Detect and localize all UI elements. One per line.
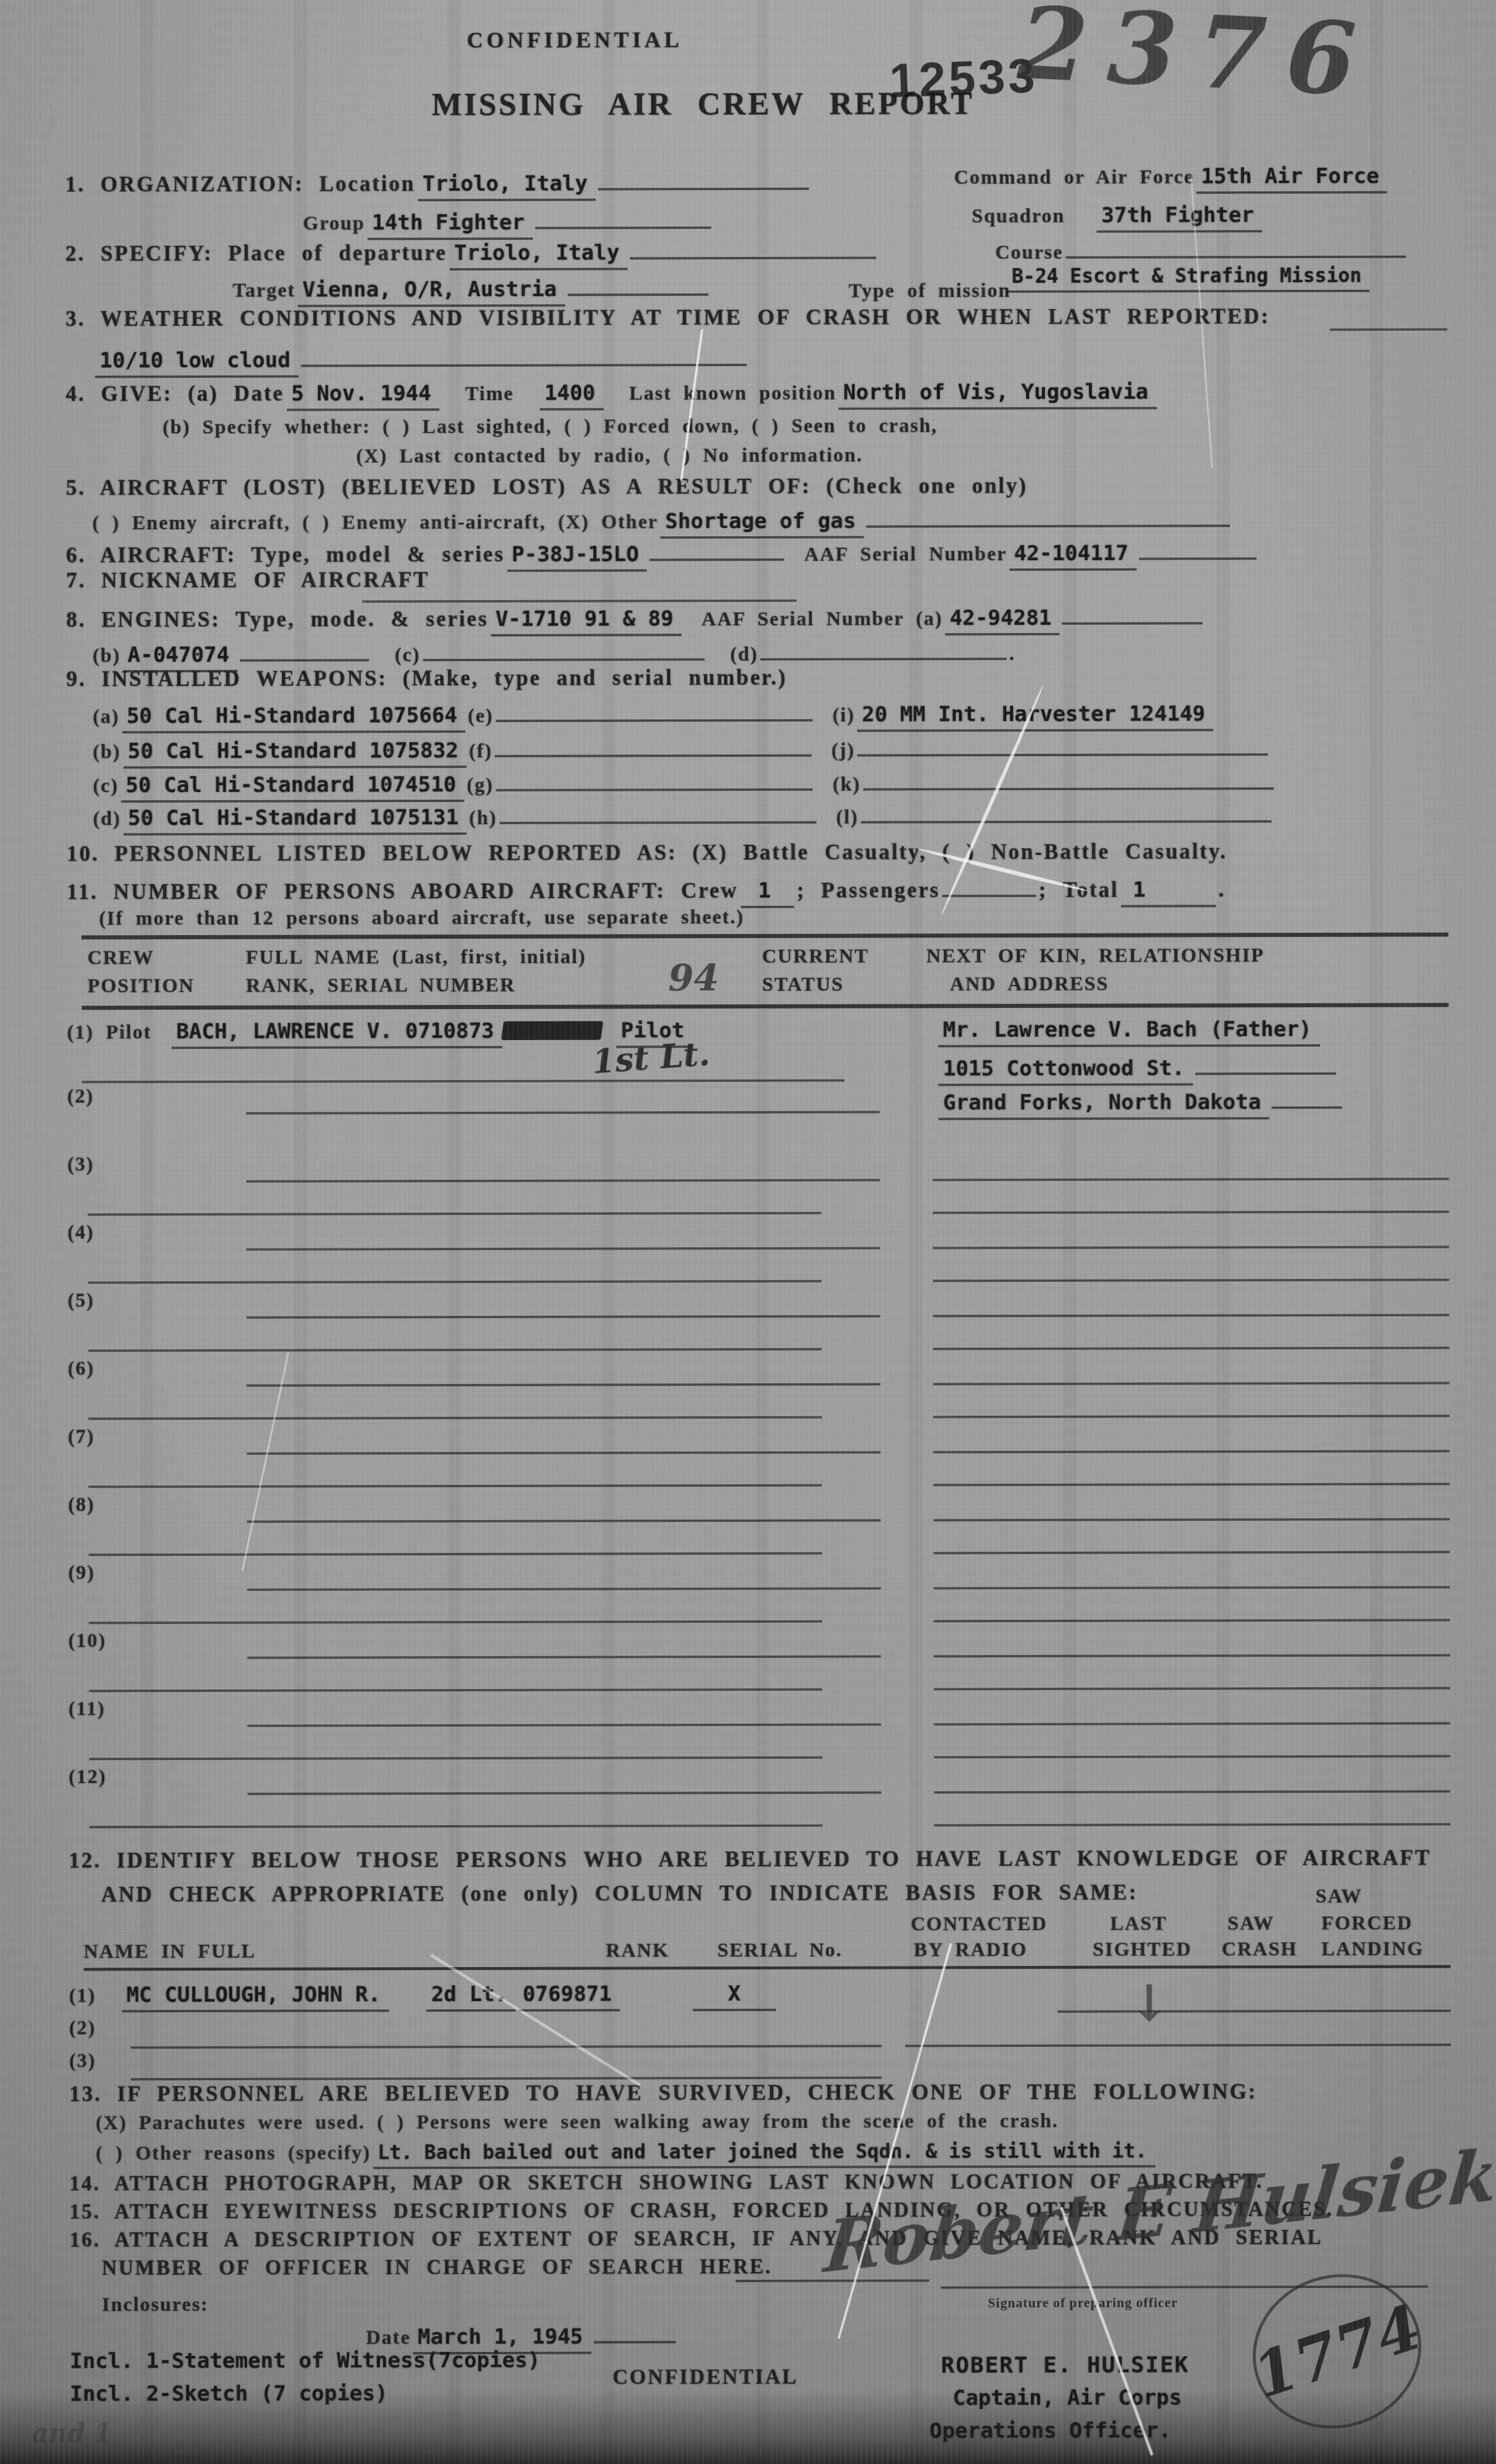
crew-row-line (933, 1245, 1449, 1249)
crew-row-label: (3) (67, 1153, 94, 1175)
crew-row-blank: (10) (1, 1627, 1496, 1652)
crew-row1-line2-mid (563, 1079, 844, 1082)
item11-note: (If more than 12 persons aboard aircraft… (99, 906, 744, 930)
scratch-mark (430, 1954, 641, 2086)
crew-header-address: AND ADDRESS (950, 973, 1109, 996)
crew-row-blank: (3) (0, 1150, 1496, 1176)
item2-label: 2. SPECIFY: Place of departure (65, 241, 447, 266)
crew-row1-kin2-line (1195, 1050, 1336, 1075)
witness-row3-label: (3) (69, 2050, 96, 2072)
crew-row1-line2-left (82, 1080, 563, 1084)
crew-row1-kin1: Mr. Lawrence V. Bach (Father) (938, 1016, 1320, 1047)
item12-label2: AND CHECK APPROPRIATE (one only) COLUMN … (101, 1880, 1138, 1908)
item1-squadron-value: 37th Fighter (1096, 202, 1262, 233)
crew-header-position: POSITION (87, 975, 194, 997)
item8-label: 8. ENGINES: Type, mode. & series (66, 607, 489, 632)
item9-c-value: 50 Cal Hi-Standard 1074510 (121, 771, 465, 803)
officer-name: ROBERT E. HULSIEK (941, 2351, 1189, 2378)
item4-line-c: (X) Last contacted by radio, ( ) No info… (356, 445, 863, 468)
item3-value-line (301, 341, 747, 367)
crew-row-blank: (4) (0, 1219, 1496, 1244)
crew-row-blank: (7) (1, 1423, 1496, 1448)
inclosures-label: Inclosures: (102, 2294, 209, 2316)
item12-col-saw: SAW (1227, 1913, 1274, 1935)
item13-option2-label: ( ) Other reasons (specify) (96, 2142, 371, 2164)
item2-target-line (567, 271, 708, 296)
crew-row-label: (9) (68, 1562, 95, 1583)
crew-row-label: (7) (68, 1426, 95, 1447)
crew-row-blank: (11) (1, 1695, 1496, 1720)
crew-row-line (934, 1687, 1450, 1690)
item1-command-label: Command or Air Force (954, 166, 1194, 188)
crew-row-label: (5) (67, 1289, 94, 1311)
handwritten-arrow: ↓ (1128, 1974, 1170, 2033)
crew-row-line (247, 1383, 881, 1387)
item4-time-value: 1400 (540, 380, 604, 411)
item12-h-radio: BY RADIO (914, 1939, 1028, 1961)
item1-location-line (598, 165, 810, 191)
item9-c-label: (c) (93, 775, 119, 797)
crew-row-line (248, 1656, 881, 1659)
crew-row-line (933, 1586, 1450, 1589)
witness-row2-line-right (905, 2043, 1451, 2047)
item11-period: . (1219, 878, 1226, 902)
item9-j-label: (j) (831, 740, 855, 761)
item9-e-label: (e) (468, 705, 493, 727)
item4-position-label: Last known position (629, 383, 837, 405)
crew-row-line (89, 1825, 823, 1829)
item2-course-line (1065, 233, 1406, 259)
item11-total-label: ; Total (1038, 878, 1119, 902)
item8-model-value: V-1710 91 & 89 (490, 605, 682, 637)
crew-row-label: (12) (69, 1766, 107, 1788)
item8-d-label: (d) (730, 644, 759, 665)
item11-label: 11. NUMBER OF PERSONS ABOARD AIRCRAFT: C… (67, 879, 739, 904)
item12-label1: 12. IDENTIFY BELOW THOSE PERSONS WHO ARE… (69, 1846, 1431, 1874)
crew-row-line (247, 1451, 881, 1455)
item2-target-label: Target (233, 280, 296, 302)
date-label: Date (366, 2327, 411, 2348)
officer-rank: Captain, Air Corps (953, 2385, 1182, 2410)
inclosure-2: Incl. 2-Sketch (7 copies) (70, 2381, 388, 2406)
item9-b-value: 50 Cal Hi-Standard 1075832 (123, 737, 467, 769)
item11-passengers-label: ; Passengers (797, 878, 940, 903)
item9-h-line (499, 799, 816, 824)
item8-serial-label: AAF Serial Number (a) (702, 608, 943, 630)
item4-label: 4. GIVE: (a) Date (66, 382, 285, 407)
crew-header-fullname: FULL NAME (Last, first, initial) (246, 946, 586, 969)
crew-row-blank: (12) (1, 1763, 1496, 1788)
handwritten-number: 2376 (1016, 0, 1378, 120)
circled-number-text: 1774 (1244, 2290, 1430, 2413)
item9-a-label: (a) (93, 706, 120, 727)
item12-col-last: LAST (1110, 1913, 1167, 1935)
item1-group-label: Group (303, 212, 365, 234)
witness-row1-line-right (1058, 2009, 1451, 2012)
item9-d-value: 50 Cal Hi-Standard 1075131 (123, 804, 467, 835)
item2-departure-line (630, 235, 876, 260)
witness-row1-rank: 2d Lt. (427, 1981, 516, 2012)
item11-passengers-line (942, 872, 1036, 897)
crew-row-line (247, 1519, 881, 1523)
item6-label: 6. AIRCRAFT: Type, model & series (66, 543, 505, 568)
crew-row-label: (4) (67, 1221, 94, 1243)
missing-air-crew-report-scan: CONFIDENTIAL MISSING AIR CREW REPORT 125… (0, 0, 1496, 2464)
classification-bottom: CONFIDENTIAL (612, 2364, 798, 2389)
item5-other-line (867, 502, 1230, 527)
item9-l-label: (l) (836, 807, 858, 828)
crew-row-line (89, 1416, 822, 1420)
item3-trailing-line (1330, 329, 1447, 331)
item2-course-label: Course (995, 242, 1063, 263)
item12-h-sighted: SIGHTED (1093, 1938, 1192, 1961)
item9-l-line (861, 798, 1271, 823)
crew-row-line (933, 1551, 1450, 1554)
crew-row-label: (10) (68, 1630, 106, 1651)
crew-row-line (248, 1792, 881, 1795)
item5-options: ( ) Enemy aircraft, ( ) Enemy anti-aircr… (92, 511, 658, 534)
crew-row-label: (6) (67, 1358, 94, 1379)
date-line (594, 2319, 676, 2343)
crew-row-line (246, 1247, 880, 1251)
crew-header-status: STATUS (762, 974, 844, 996)
item6-model-line (649, 536, 784, 561)
handwritten-circled-number: 1774 (1233, 2252, 1441, 2450)
witness-row1-serial: 0769871 (518, 1981, 620, 2011)
inclosure-1: Incl. 1-Statement of Witness(7copies) (70, 2348, 540, 2374)
crew-row-label: (8) (68, 1494, 95, 1515)
crew-row-line (933, 1278, 1449, 1282)
crew-row-blank: (6) (0, 1355, 1496, 1380)
item9-label: 9. INSTALLED WEAPONS: (Make, type and se… (66, 665, 787, 692)
crew-row-line (89, 1484, 822, 1488)
crew-row-line (88, 1348, 821, 1352)
item4-date-value: 5 Nov. 1944 (286, 380, 439, 411)
scanned-form: CONFIDENTIAL MISSING AIR CREW REPORT 125… (0, 0, 1496, 2464)
crew-row-line (933, 1382, 1450, 1385)
classification-top: CONFIDENTIAL (467, 27, 683, 53)
officer-title: Operations Officer. (929, 2418, 1171, 2443)
crew-row-line (934, 1755, 1450, 1758)
item4-time-label: Time (465, 383, 514, 405)
item8-c-line (423, 636, 705, 661)
item12-h-landing: LANDING (1322, 1938, 1424, 1961)
crew-row-blank: (8) (1, 1491, 1496, 1516)
item9-f-label: (f) (469, 740, 492, 762)
item1-location-value: Triolo, Italy (418, 171, 596, 202)
crew-row-line (934, 1722, 1450, 1725)
item1-label: 1. ORGANIZATION: Location (65, 172, 415, 197)
item9-b-label: (b) (93, 741, 121, 763)
crew-row-line (933, 1414, 1450, 1418)
item13-option1: (X) Parachutes were used. ( ) Persons we… (96, 2110, 1058, 2134)
item7-label: 7. NICKNAME OF AIRCRAFT (66, 567, 430, 593)
crew-row-line (933, 1210, 1449, 1214)
item9-j-line (857, 731, 1268, 756)
item6-serial-line (1139, 535, 1256, 560)
item12-h-name: NAME IN FULL (84, 1941, 256, 1964)
item8-b-line (240, 637, 369, 661)
item12-saw-top: SAW (1315, 1886, 1362, 1908)
item2-mission-label: Type of mission (849, 280, 1011, 302)
item9-e-line (496, 697, 813, 722)
crew-row-line (933, 1177, 1449, 1181)
crew-header-crew: CREW (87, 947, 154, 969)
item8-b-label: (b) (93, 645, 121, 666)
witness-row2-line-left (131, 2045, 882, 2049)
item12-h-serial: SERIAL No. (717, 1940, 842, 1962)
crew-row-line (89, 1688, 823, 1693)
item2-target-value: Vienna, O/R, Austria (298, 276, 566, 307)
item4-position-value: North of Vis, Yugoslavia (838, 379, 1156, 410)
crew-row-line (934, 1823, 1450, 1826)
crew-row1-name: BACH, LAWRENCE V. 0710873 (171, 1018, 502, 1049)
item9-k-label: (k) (832, 774, 861, 796)
crew-row-line (934, 1654, 1450, 1657)
crew-row-blank: (2) (0, 1082, 1496, 1108)
crew-row-line (248, 1724, 881, 1727)
crew-row1-redaction (501, 1021, 603, 1040)
signature-caption: Signature of preparing officer (988, 2295, 1178, 2311)
item12-h-rank: RANK (606, 1940, 669, 1962)
crew-header-kin: NEXT OF KIN, RELATIONSHIP (926, 945, 1264, 967)
witness-row1-radio-mark: X (693, 1981, 776, 2011)
item9-d-label: (d) (93, 808, 121, 830)
crew-table-top-rule (82, 932, 1448, 939)
crew-row-line (933, 1518, 1450, 1521)
crew-table-header-rule (82, 1003, 1448, 1010)
crew-header-handwritten-mark: 94 (668, 956, 719, 999)
item4-line-b: (b) Specify whether: ( ) Last sighted, (… (163, 415, 937, 439)
item16-label2: NUMBER OF OFFICER IN CHARGE OF SEARCH HE… (102, 2255, 772, 2280)
witness-row2-label: (2) (69, 2017, 96, 2039)
item8-period: . (1009, 643, 1016, 665)
item12-h-crash: CRASH (1222, 1938, 1298, 1961)
item11-crew-value: 1 (740, 878, 794, 908)
item9-g-line (496, 766, 813, 791)
item11-total-value: 1 (1121, 876, 1216, 907)
item6-model-value: P-38J-15LO (507, 541, 647, 571)
item2-departure-value: Triolo, Italy (449, 239, 628, 270)
item5-label: 5. AIRCRAFT (LOST) (BELIEVED LOST) AS A … (66, 473, 1027, 500)
crew-row1-kin2: 1015 Cottonwood St. (938, 1055, 1193, 1086)
crew-row-line (933, 1346, 1449, 1350)
item2-mission-value: B-24 Escort & Strafing Mission (1007, 263, 1370, 293)
item9-h-label: (h) (469, 807, 497, 829)
crew-row-blank: (5) (0, 1287, 1496, 1312)
corner-handwritten-note: and 1 (32, 2418, 112, 2448)
witness-row1-name: MC CULLOUGH, JOHN R. (121, 1981, 389, 2012)
item8-serial-a-value: 42-94281 (945, 605, 1060, 635)
crew-header-current: CURRENT (762, 946, 869, 968)
item1-squadron-label: Squadron (972, 205, 1065, 227)
item10-label: 10. PERSONNEL LISTED BELOW REPORTED AS: … (67, 839, 1227, 867)
crew-row-line (89, 1756, 823, 1761)
item9-k-line (863, 765, 1274, 790)
crew-row-line (88, 1212, 821, 1216)
crew-row-line (933, 1483, 1450, 1486)
item9-i-label: (i) (832, 705, 855, 726)
crew-row-line (89, 1620, 822, 1624)
crew-header-rank: RANK, SERIAL NUMBER (246, 974, 516, 997)
item8-d-line (760, 635, 1007, 661)
item3-value: 10/10 low cloud (95, 347, 299, 378)
item6-serial-label: AAF Serial Number (804, 543, 1007, 566)
crew-row1-label: (1) Pilot (67, 1021, 151, 1043)
item13-label: 13. IF PERSONNEL ARE BELIEVED TO HAVE SU… (69, 2079, 1257, 2107)
item3-label: 3. WEATHER CONDITIONS AND VISIBILITY AT … (66, 304, 1270, 331)
crew-row-line (246, 1315, 880, 1319)
item12-col-forced: FORCED (1321, 1913, 1413, 1935)
crew-row1-rank-handwritten: 1st Lt. (591, 1034, 711, 1081)
crew-row-line (933, 1619, 1450, 1622)
crew-row-line (934, 1790, 1450, 1793)
item8-c-label: (c) (395, 644, 421, 666)
item13-option2-value: Lt. Bach bailed out and later joined the… (373, 2138, 1155, 2169)
crew-row-line (88, 1280, 821, 1284)
crew-row-label: (11) (69, 1698, 106, 1720)
item9-a-value: 50 Cal Hi-Standard 1075664 (122, 702, 466, 733)
item6-serial-value: 42-104117 (1009, 540, 1136, 571)
item9-g-label: (g) (467, 774, 494, 796)
crew-row-line (89, 1552, 822, 1556)
item9-f-line (495, 732, 811, 757)
crew-row-line (247, 1588, 881, 1591)
item8-serial-a-line (1062, 600, 1203, 625)
witness-row1-label: (1) (69, 1985, 96, 2006)
crew-row-line (933, 1314, 1449, 1317)
item1-group-line (535, 204, 711, 229)
crew-row-label: (2) (67, 1085, 94, 1107)
item12-col-contacted: CONTACTED (911, 1913, 1047, 1935)
crew-row-line (933, 1450, 1450, 1453)
item1-command-value: 15th Air Force (1196, 163, 1387, 194)
crew-row-line (246, 1179, 880, 1183)
crew-row-blank: (9) (1, 1559, 1496, 1584)
item9-i-value: 20 MM Int. Harvester 124149 (857, 700, 1213, 732)
item5-other-value: Shortage of gas (661, 508, 864, 539)
crew-row-line (246, 1111, 880, 1115)
witness-table-rule (84, 1965, 1451, 1971)
